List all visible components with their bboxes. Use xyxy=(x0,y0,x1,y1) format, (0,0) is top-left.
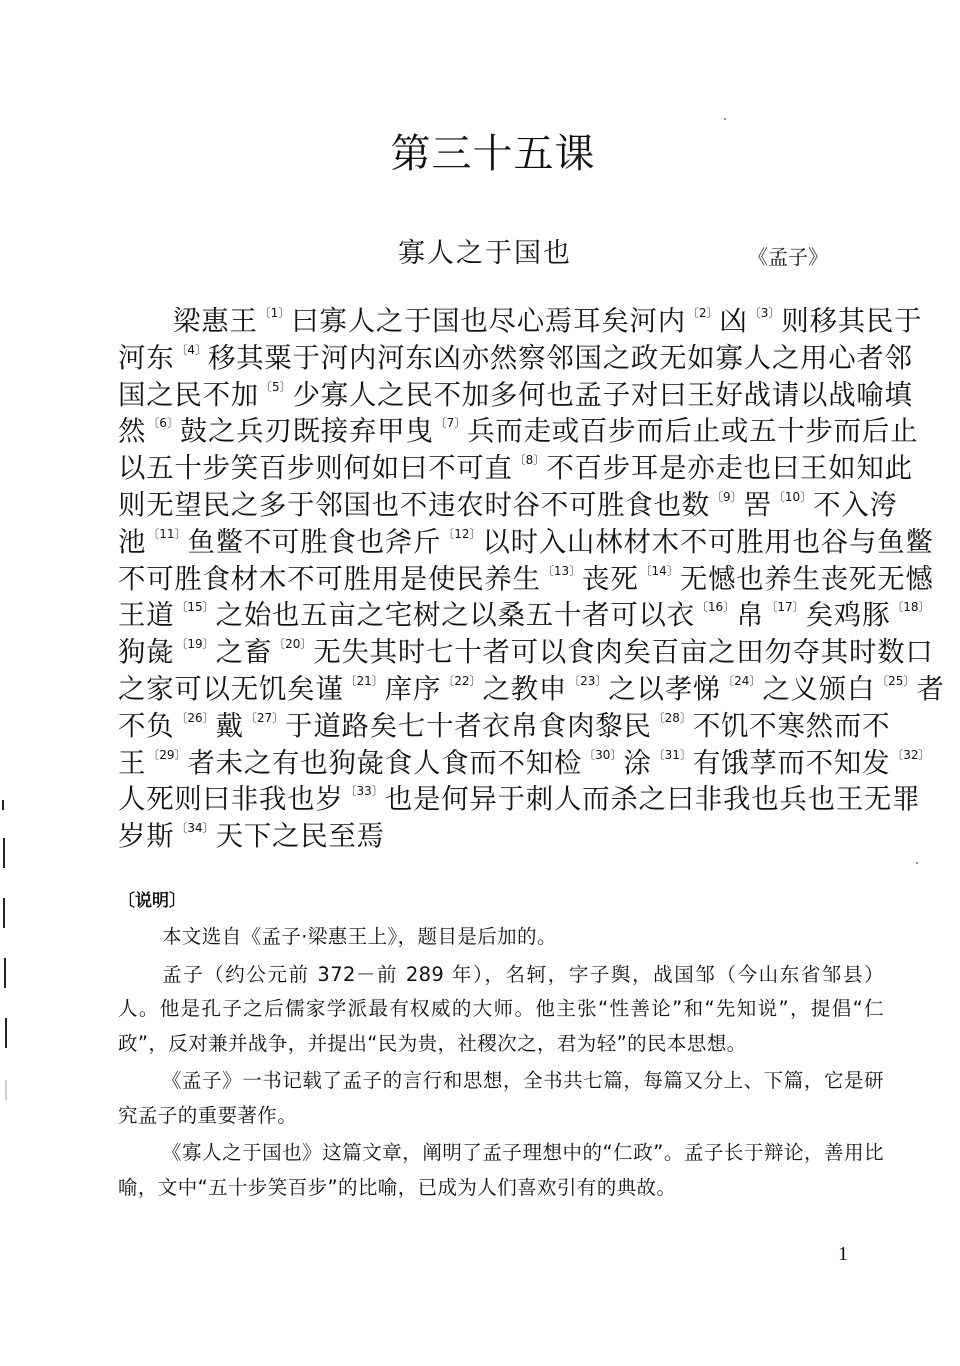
explanation-paragraph: 《寡人之于国也》这篇文章，阐明了孟子理想中的“仁政”。孟子长于辩论，善用比喻，文… xyxy=(118,1136,884,1205)
text-segment: 王 xyxy=(118,748,146,779)
text-segment: 罟 xyxy=(744,490,772,521)
scan-edge-mark xyxy=(5,1080,7,1100)
footnote-marker: 〔14〕 xyxy=(640,564,679,578)
scan-edge-mark xyxy=(4,958,6,988)
scan-speck xyxy=(916,862,918,864)
footnote-marker: 〔21〕 xyxy=(345,674,384,688)
text-segment: 之始也五亩之宅树之以桑五十者可以衣 xyxy=(216,600,695,631)
text-segment: 有饿莩而不知发 xyxy=(693,748,890,779)
footnote-marker: 〔7〕 xyxy=(435,416,467,430)
footnote-marker: 〔26〕 xyxy=(175,711,214,725)
text-segment: 人死则曰非我也岁 xyxy=(118,784,344,815)
footnote-marker: 〔4〕 xyxy=(175,343,207,357)
text-segment: 兵而走或百步而后止或五十步而后止 xyxy=(467,416,918,447)
scan-edge-mark xyxy=(3,898,5,928)
text-line: 以五十步笑百步则何如曰不可直〔8〕不百步耳是亦走也曰王如知此 xyxy=(118,451,878,488)
text-segment: 之家可以无饥矣谨 xyxy=(118,674,344,705)
text-line: 梁惠王〔1〕曰寡人之于国也尽心焉耳矣河内〔2〕凶〔3〕则移其民于 xyxy=(118,304,878,341)
text-segment: 不饥不寒然而不 xyxy=(693,711,890,742)
footnote-marker: 〔8〕 xyxy=(514,453,546,467)
text-segment: 狗彘 xyxy=(118,637,174,668)
footnote-marker: 〔9〕 xyxy=(711,490,743,504)
text-line: 不负〔26〕戴〔27〕于道路矣七十者衣帛食肉黎民〔28〕不饥不寒然而不 xyxy=(118,709,878,746)
text-segment: 于道路矣七十者衣帛食肉黎民 xyxy=(285,711,651,742)
text-segment: 无失其时七十者可以食肉矣百亩之田勿夺其时数口 xyxy=(313,637,933,668)
text-segment: 之义颁白 xyxy=(762,674,875,705)
text-segment: 之教申 xyxy=(482,674,567,705)
text-segment: 天下之民至焉 xyxy=(216,821,385,852)
text-line: 岁斯〔34〕天下之民至焉 xyxy=(118,819,878,856)
text-segment: 不可胜食材木不可胜用是使民养生 xyxy=(118,564,541,595)
text-line: 王道〔15〕之始也五亩之宅树之以桑五十者可以衣〔16〕帛〔17〕矣鸡豚〔18〕 xyxy=(118,598,878,635)
text-segment: 池 xyxy=(118,527,146,558)
text-line: 河东〔4〕移其粟于河内河东凶亦然察邻国之政无如寡人之用心者邻 xyxy=(118,341,878,378)
footnote-marker: 〔29〕 xyxy=(147,748,186,762)
text-segment: 无憾也养生丧死无憾 xyxy=(680,564,934,595)
text-segment: 凶 xyxy=(720,306,748,337)
text-segment: 王道 xyxy=(118,600,174,631)
footnote-marker: 〔11〕 xyxy=(147,527,186,541)
footnote-marker: 〔33〕 xyxy=(345,784,384,798)
footnote-marker: 〔1〕 xyxy=(259,306,291,320)
scan-edge-mark xyxy=(5,1018,7,1048)
text-segment: 戴 xyxy=(216,711,244,742)
footnote-marker: 〔12〕 xyxy=(442,527,481,541)
footnote-marker: 〔20〕 xyxy=(273,637,312,651)
explanation-section: 〔说明〕 本文选自《孟子·梁惠王上》，题目是后加的。 孟子（约公元前 372－前… xyxy=(118,888,884,1208)
text-segment: 梁惠王 xyxy=(173,306,258,337)
text-segment: 不百步耳是亦走也曰王如知此 xyxy=(546,453,912,484)
footnote-marker: 〔5〕 xyxy=(260,380,292,394)
footnote-marker: 〔17〕 xyxy=(765,600,804,614)
text-segment: 者未之有也狗彘食人食而不知检 xyxy=(187,748,582,779)
footnote-marker: 〔16〕 xyxy=(696,600,735,614)
footnote-marker: 〔6〕 xyxy=(147,416,179,430)
text-segment: 移其粟于河内河东凶亦然察邻国之政无如寡人之用心者邻 xyxy=(208,343,913,374)
explanation-paragraph: 孟子（约公元前 372－前 289 年），名轲，字子舆，战国邹（今山东省邹县）人… xyxy=(118,958,884,1062)
text-line: 不可胜食材木不可胜用是使民养生〔13〕丧死〔14〕无憾也养生丧死无憾 xyxy=(118,562,878,599)
footnote-marker: 〔31〕 xyxy=(653,748,692,762)
footnote-marker: 〔30〕 xyxy=(583,748,622,762)
text-segment: 以五十步笑百步则何如曰不可直 xyxy=(118,453,513,484)
text-segment: 之以孝悌 xyxy=(608,674,721,705)
essay-source: 《孟子》 xyxy=(748,243,828,271)
text-line: 池〔11〕鱼鳖不可胜食也斧斤〔12〕以时入山林材木不可胜用也谷与鱼鳖 xyxy=(118,525,878,562)
footnote-marker: 〔19〕 xyxy=(175,637,214,651)
text-segment: 帛 xyxy=(736,600,764,631)
essay-title: 寡人之于国也 xyxy=(398,236,572,272)
text-segment: 鼓之兵刃既接弃甲曳 xyxy=(180,416,434,447)
text-segment: 以时入山林材木不可胜用也谷与鱼鳖 xyxy=(482,527,933,558)
footnote-marker: 〔18〕 xyxy=(891,600,930,614)
text-segment: 鱼鳖不可胜食也斧斤 xyxy=(187,527,441,558)
text-segment: 丧死 xyxy=(582,564,638,595)
footnote-marker: 〔2〕 xyxy=(687,306,719,320)
explanation-heading: 〔说明〕 xyxy=(118,888,884,914)
footnote-marker: 〔23〕 xyxy=(568,674,607,688)
footnote-marker: 〔15〕 xyxy=(175,600,214,614)
classical-text: 梁惠王〔1〕曰寡人之于国也尽心焉耳矣河内〔2〕凶〔3〕则移其民于河东〔4〕移其粟… xyxy=(118,304,878,856)
footnote-marker: 〔22〕 xyxy=(442,674,481,688)
footnote-marker: 〔32〕 xyxy=(891,748,930,762)
scan-edge-mark xyxy=(3,838,5,868)
text-segment: 少寡人之民不加多何也孟子对曰王好战请以战喻填 xyxy=(293,380,913,411)
explanation-paragraph: 本文选自《孟子·梁惠王上》，题目是后加的。 xyxy=(118,920,884,955)
footnote-marker: 〔13〕 xyxy=(542,564,581,578)
footnote-marker: 〔27〕 xyxy=(245,711,284,725)
text-segment: 不负 xyxy=(118,711,174,742)
text-segment: 河东 xyxy=(118,343,174,374)
text-segment: 庠序 xyxy=(385,674,441,705)
text-line: 之家可以无饥矣谨〔21〕庠序〔22〕之教申〔23〕之以孝悌〔24〕之义颁白〔25… xyxy=(118,672,878,709)
page-number: 1 xyxy=(838,1242,848,1266)
text-segment: 岁斯 xyxy=(118,821,174,852)
footnote-marker: 〔28〕 xyxy=(653,711,692,725)
footnote-marker: 〔3〕 xyxy=(749,306,781,320)
text-line: 王〔29〕者未之有也狗彘食人食而不知检〔30〕涂〔31〕有饿莩而不知发〔32〕 xyxy=(118,746,878,783)
lesson-title: 第三十五课 xyxy=(0,128,960,180)
document-page: 第三十五课 寡人之于国也 《孟子》 梁惠王〔1〕曰寡人之于国也尽心焉耳矣河内〔2… xyxy=(0,0,960,1366)
footnote-marker: 〔25〕 xyxy=(876,674,915,688)
text-segment: 也是何异于刺人而杀之曰非我也兵也王无罪 xyxy=(385,784,921,815)
text-segment: 则无望民之多于邻国也不违农时谷不可胜食也数 xyxy=(118,490,710,521)
scan-edge-mark xyxy=(2,800,4,810)
text-line: 狗彘〔19〕之畜〔20〕无失其时七十者可以食肉矣百亩之田勿夺其时数口 xyxy=(118,635,878,672)
footnote-marker: 〔10〕 xyxy=(773,490,812,504)
text-line: 然〔6〕鼓之兵刃既接弃甲曳〔7〕兵而走或百步而后止或五十步而后止 xyxy=(118,414,878,451)
text-line: 则无望民之多于邻国也不违农时谷不可胜食也数〔9〕罟〔10〕不入洿 xyxy=(118,488,878,525)
text-segment: 之畜 xyxy=(216,637,272,668)
text-segment: 涂 xyxy=(623,748,651,779)
text-line: 人死则曰非我也岁〔33〕也是何异于刺人而杀之曰非我也兵也王无罪 xyxy=(118,782,878,819)
text-segment: 则移其民于 xyxy=(781,306,922,337)
text-segment: 国之民不加 xyxy=(118,380,259,411)
footnote-marker: 〔34〕 xyxy=(175,821,214,835)
scan-speck xyxy=(724,118,726,120)
text-segment: 矣鸡豚 xyxy=(806,600,891,631)
text-segment: 然 xyxy=(118,416,146,447)
explanation-paragraph: 《孟子》一书记载了孟子的言行和思想，全书共七篇，每篇又分上、下篇，它是研究孟子的… xyxy=(118,1064,884,1133)
text-segment: 曰寡人之于国也尽心焉耳矣河内 xyxy=(291,306,686,337)
text-segment: 者 xyxy=(916,674,944,705)
text-line: 国之民不加〔5〕少寡人之民不加多何也孟子对曰王好战请以战喻填 xyxy=(118,378,878,415)
text-segment: 不入洿 xyxy=(813,490,898,521)
footnote-marker: 〔24〕 xyxy=(722,674,761,688)
